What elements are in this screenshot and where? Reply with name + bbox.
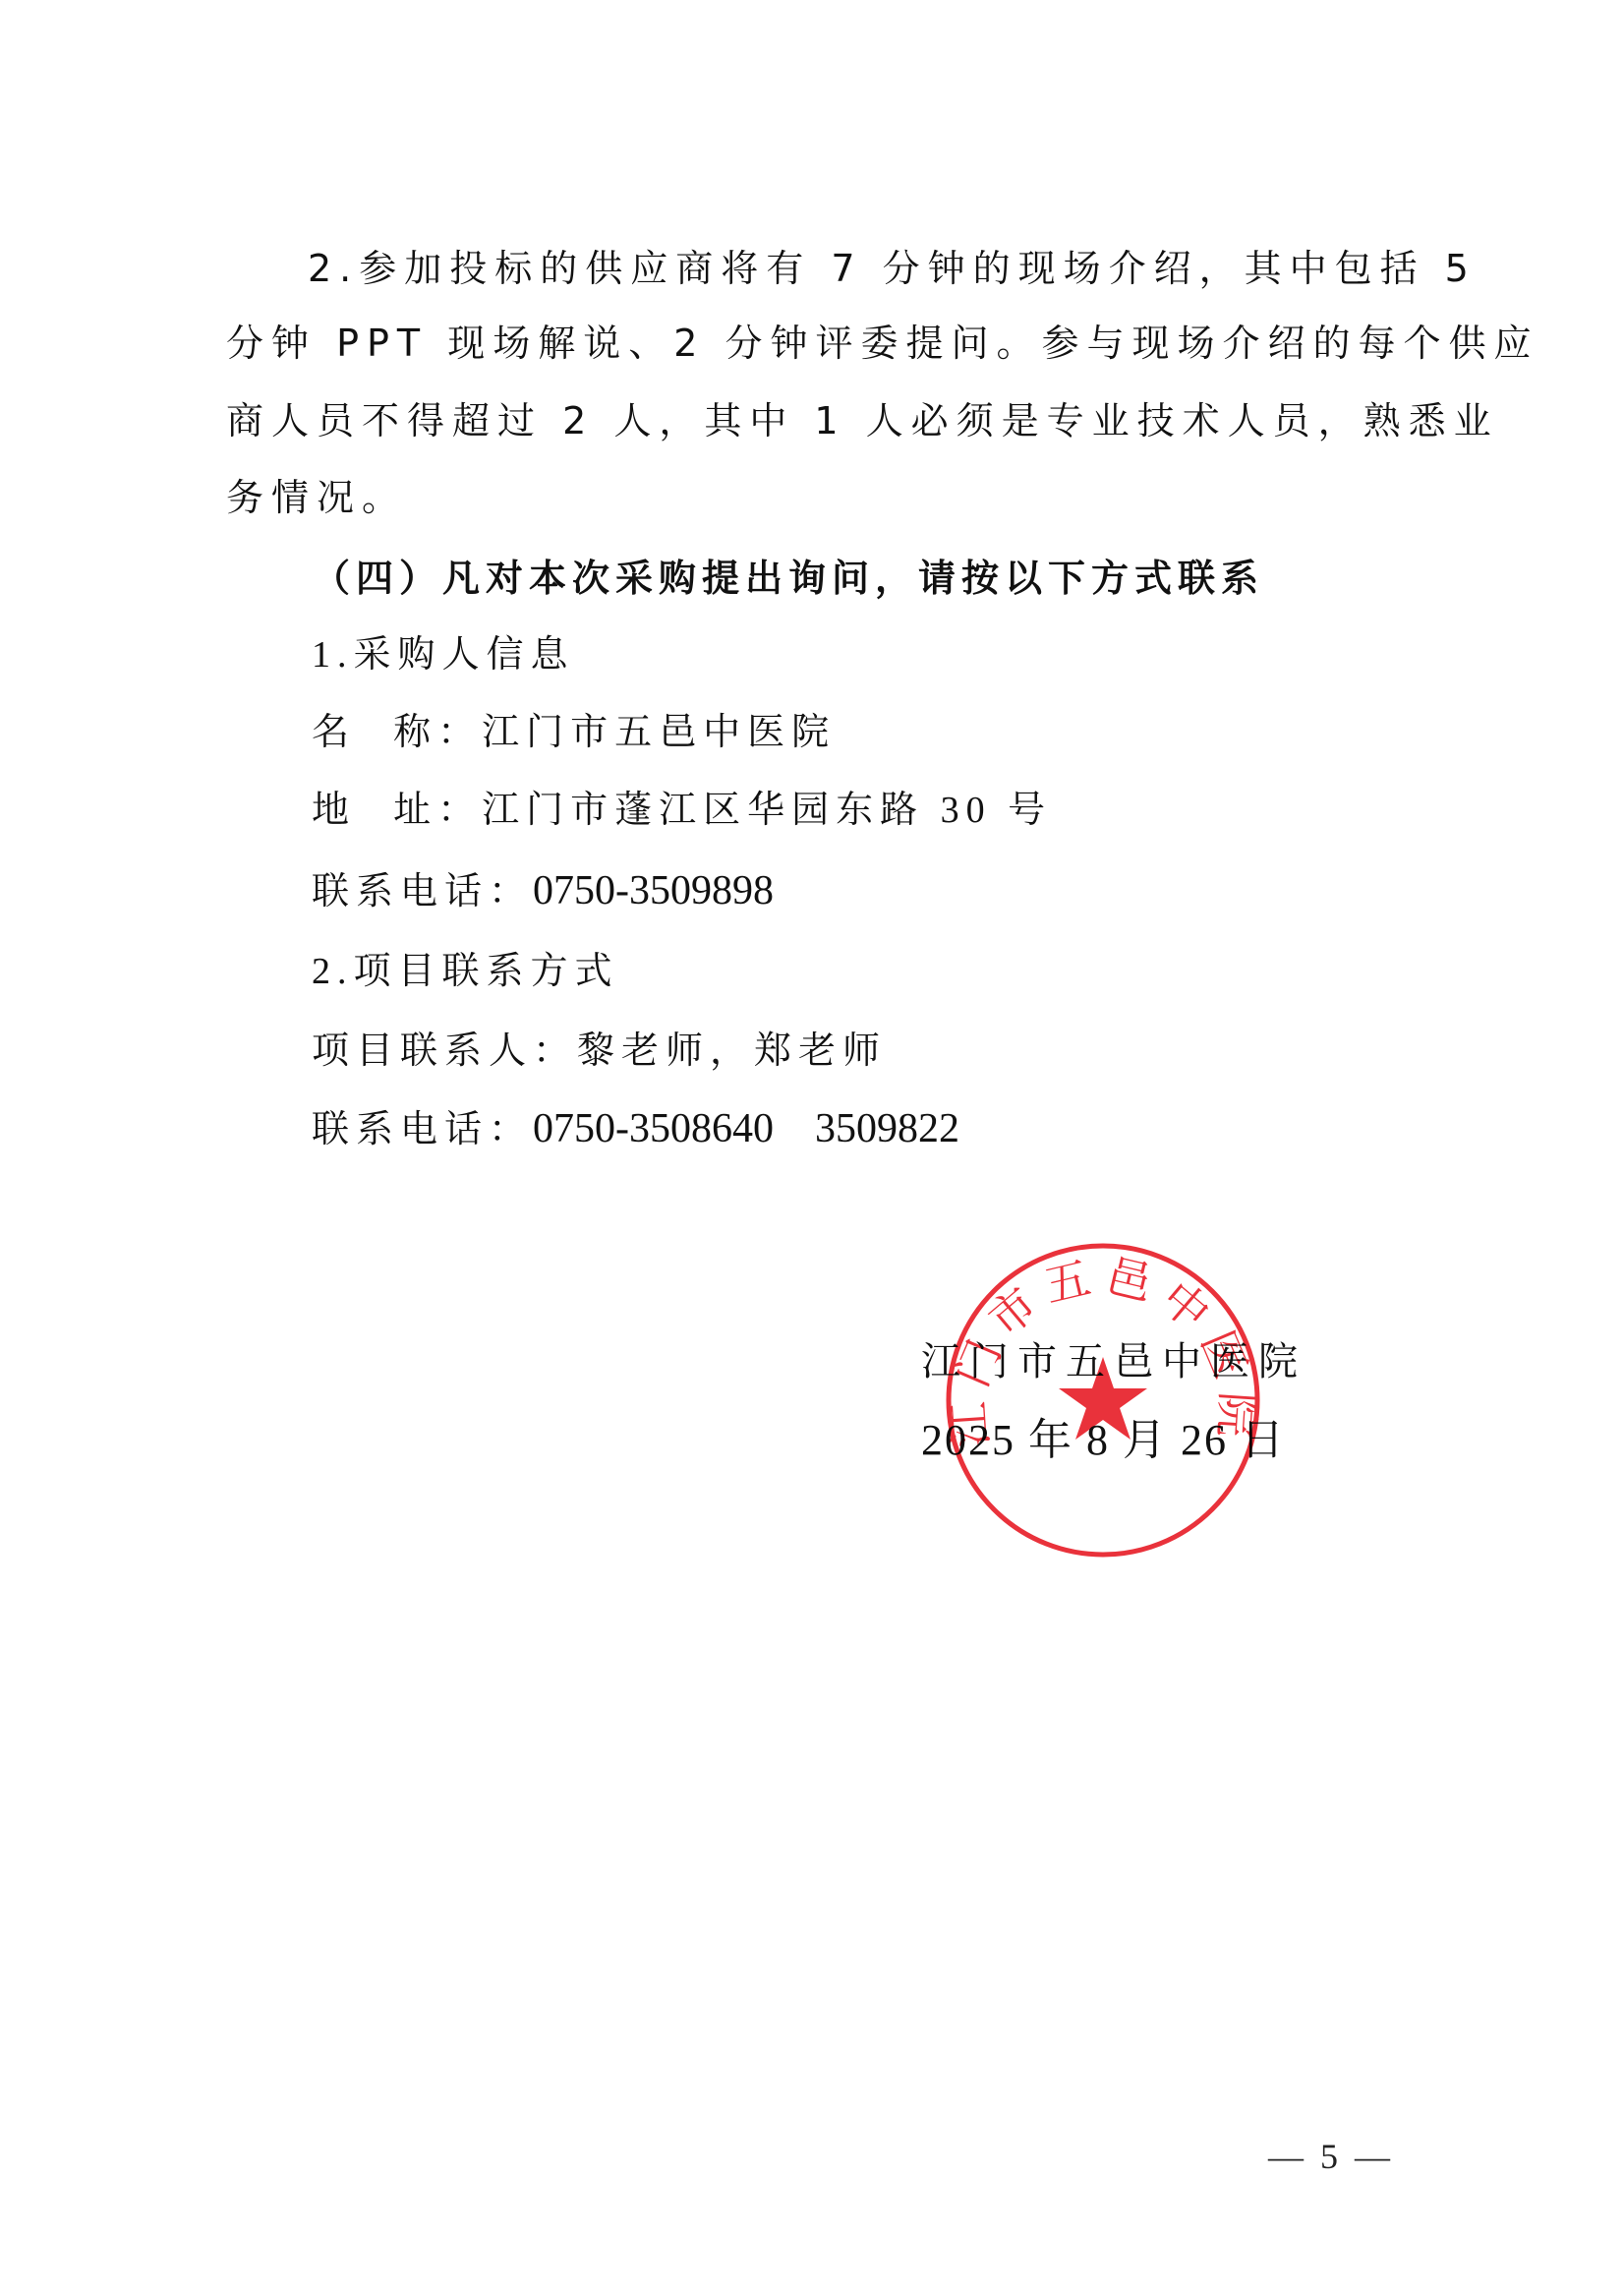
purchaser-name-value: 江门市五邑中医院	[482, 710, 836, 753]
project-contact-phone-row: 联系电话：0750-3508640 3509822	[312, 1106, 959, 1151]
project-contact-person-value: 黎老师，郑老师	[577, 1029, 887, 1072]
project-contact-phone-value: 0750-3508640 3509822	[533, 1106, 959, 1151]
purchaser-phone-row: 联系电话：0750-3509898	[312, 868, 774, 913]
section-heading: （四）凡对本次采购提出询问，请按以下方式联系	[313, 556, 1264, 601]
purchaser-phone-value: 0750-3509898	[533, 868, 774, 913]
document-page: 2.参加投标的供应商将有 7 分钟的现场介绍，其中包括 5 分钟 PPT 现场解…	[0, 0, 1624, 2296]
purchaser-address-value: 江门市蓬江区华园东路 30 号	[482, 790, 1052, 831]
project-contact-phone-label: 联系电话：	[312, 1107, 533, 1150]
signature-organization: 江门市五邑中医院	[921, 1339, 1306, 1384]
signature-date: 2025 年 8 月 26 日	[921, 1418, 1286, 1463]
purchaser-address-label: 地 址：	[312, 788, 482, 831]
project-contact-title: 2.项目联系方式	[312, 949, 619, 994]
paragraph-line-2: 分钟 PPT 现场解说、2 分钟评委提问。参与现场介绍的每个供应	[226, 321, 1538, 366]
purchaser-name-row: 名 称：江门市五邑中医院	[312, 709, 836, 754]
official-seal-stamp: 江门市五邑中医院	[944, 1241, 1262, 1560]
project-contact-person-label: 项目联系人：	[312, 1029, 577, 1072]
paragraph-line-3: 商人员不得超过 2 人，其中 1 人必须是专业技术人员，熟悉业	[226, 398, 1499, 443]
purchaser-address-row: 地 址：江门市蓬江区华园东路 30 号	[312, 787, 1052, 833]
purchaser-phone-label: 联系电话：	[312, 869, 533, 913]
seal-ring-icon	[949, 1246, 1257, 1555]
paragraph-line-1: 2.参加投标的供应商将有 7 分钟的现场介绍，其中包括 5	[308, 246, 1477, 291]
purchaser-name-label: 名 称：	[312, 710, 482, 753]
page-number: — 5 —	[1268, 2136, 1394, 2177]
project-contact-person-row: 项目联系人：黎老师，郑老师	[312, 1028, 887, 1073]
paragraph-line-4: 务情况。	[226, 475, 407, 520]
purchaser-info-title: 1.采购人信息	[312, 632, 575, 677]
